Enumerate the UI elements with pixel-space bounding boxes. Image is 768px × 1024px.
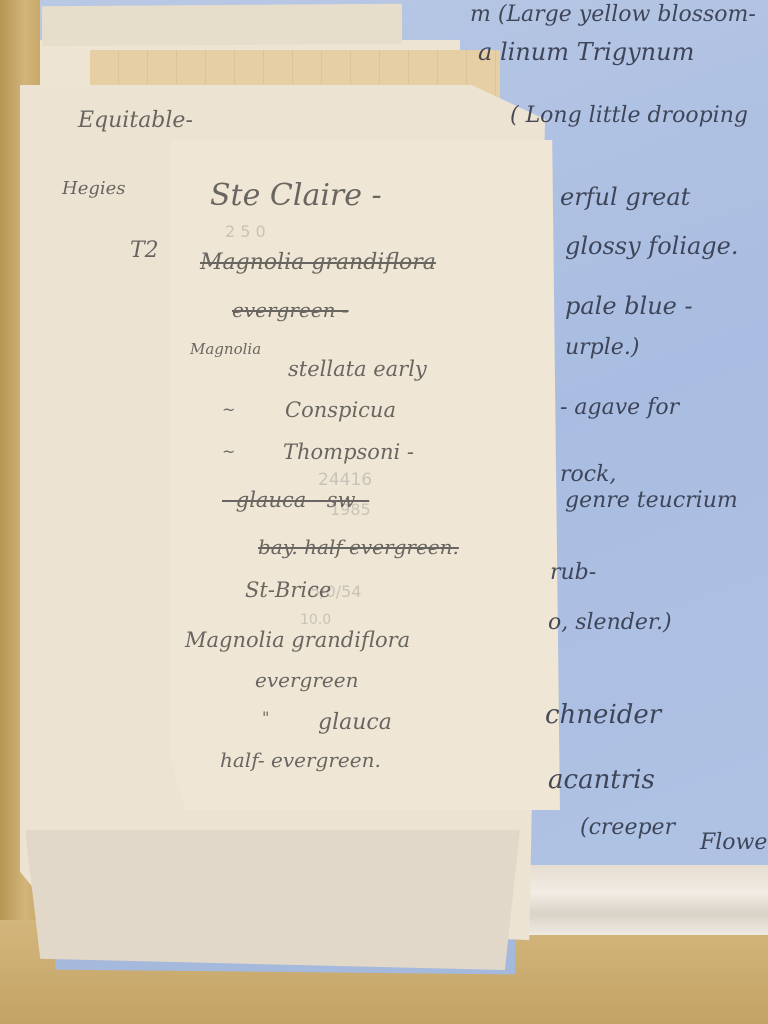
card-line: ": [262, 708, 269, 727]
blue-sheet-line: chneider: [545, 700, 661, 730]
card-title: Ste Claire -: [210, 178, 382, 213]
faint-mark: 24416: [318, 470, 372, 490]
card-line: evergreen: [255, 668, 358, 692]
blue-sheet-line: o, slender.): [548, 610, 672, 635]
card-line: Magnolia: [190, 340, 261, 358]
faint-mark: 2 5 0: [225, 222, 266, 241]
blue-sheet-line: rub-: [550, 560, 596, 585]
card-line: - glauca - sw -: [222, 488, 369, 512]
blue-sheet-line: - agave for: [560, 395, 679, 420]
blue-sheet-line: a linum Trigynum: [478, 38, 694, 66]
card-line: half- evergreen.: [220, 748, 381, 772]
card-line: stellata early: [288, 357, 427, 381]
blue-sheet-line: erful great: [560, 183, 690, 211]
card-line: glauca: [318, 710, 392, 735]
blue-sheet-line: acantris: [548, 765, 655, 795]
card-line: ~: [222, 400, 235, 419]
card-line: Thompsoni -: [283, 440, 414, 464]
faint-mark: 10.0: [300, 612, 331, 628]
blue-sheet-line: genre teucrium: [565, 488, 738, 513]
blue-sheet-line: Flowers: [700, 830, 768, 855]
tape-strip: [515, 865, 768, 935]
card-line: St-Brice: [245, 578, 331, 602]
card-line: ~: [222, 442, 235, 461]
card-line: Magnolia grandiflora: [200, 250, 436, 275]
blue-sheet-line: ( Long little drooping: [510, 103, 748, 128]
card-line: evergreen -: [232, 298, 349, 322]
back-paper-line: T2: [130, 238, 159, 263]
blue-sheet-line: pale blue -: [565, 292, 693, 320]
card-line: bay. half evergreen.: [258, 535, 459, 559]
paper-fold: [15, 830, 520, 970]
card-line: Magnolia grandiflora: [185, 628, 410, 652]
blue-sheet-line: glossy foliage.: [565, 232, 739, 260]
back-paper-line: Hegies: [62, 178, 126, 199]
back-paper-line: Equitable-: [78, 108, 193, 133]
blue-sheet-line: m (Large yellow blossom-: [470, 2, 756, 27]
blue-sheet-line: rock,: [560, 462, 616, 487]
blue-sheet-line: urple.): [565, 335, 639, 360]
card-line: Conspicua: [285, 398, 396, 422]
paper-top-strip: [42, 4, 402, 47]
blue-sheet-line: (creeper: [580, 815, 675, 840]
